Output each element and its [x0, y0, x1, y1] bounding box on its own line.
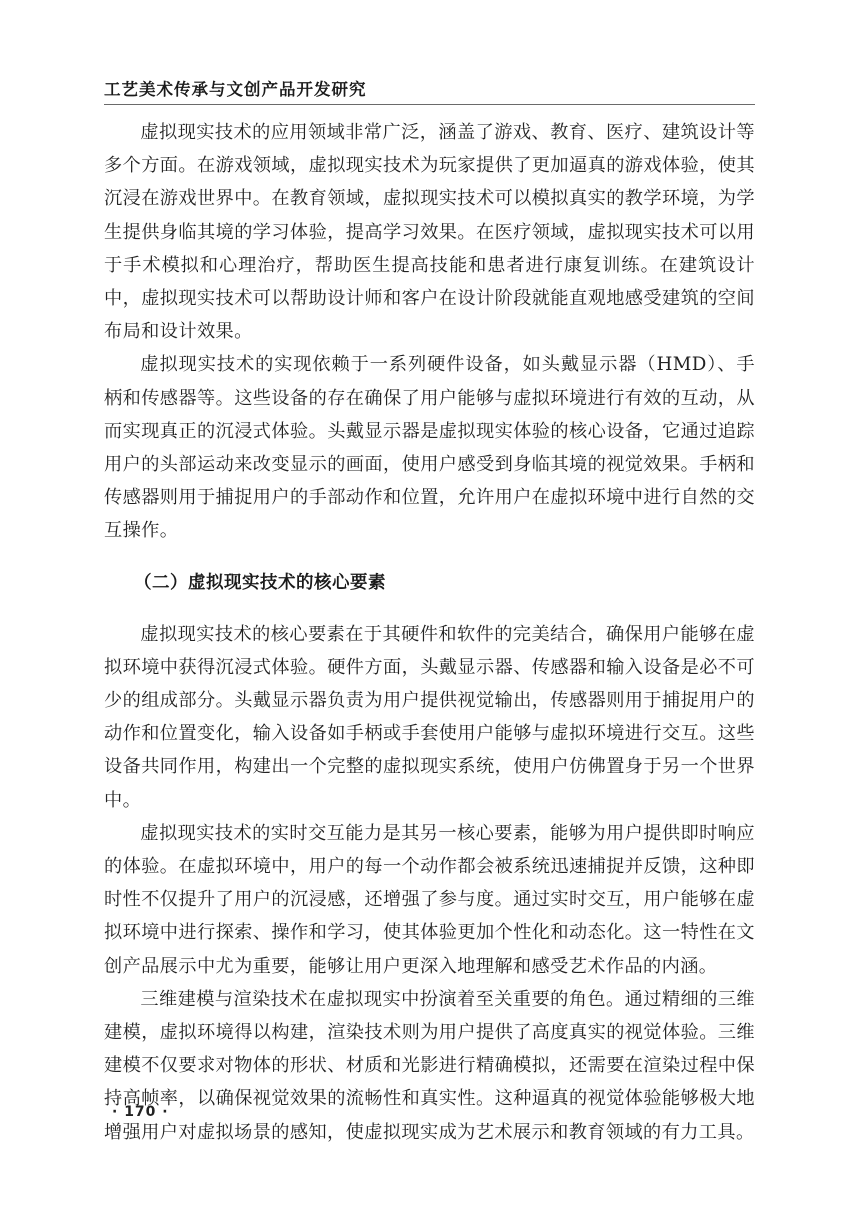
header-rule: [104, 104, 755, 105]
page-body: 虚拟现实技术的应用领域非常广泛，涵盖了游戏、教育、医疗、建筑设计等多个方面。在游…: [104, 116, 755, 1149]
paragraph: 虚拟现实技术的实时交互能力是其另一核心要素，能够为用户提供即时响应的体验。在虚拟…: [104, 817, 755, 983]
paragraph: 虚拟现实技术的应用领域非常广泛，涵盖了游戏、教育、医疗、建筑设计等多个方面。在游…: [104, 116, 755, 348]
paragraph: 三维建模与渲染技术在虚拟现实中扮演着至关重要的角色。通过精细的三维建模，虚拟环境…: [104, 983, 755, 1149]
paragraph: 虚拟现实技术的核心要素在于其硬件和软件的完美结合，确保用户能够在虚拟环境中获得沉…: [104, 618, 755, 817]
section-heading: （二）虚拟现实技术的核心要素: [104, 566, 755, 600]
running-head-title: 工艺美术传承与文创产品开发研究: [104, 76, 367, 100]
paragraph: 虚拟现实技术的实现依赖于一系列硬件设备，如头戴显示器（HMD）、手柄和传感器等。…: [104, 348, 755, 547]
page-number: · 170 ·: [112, 1104, 169, 1120]
